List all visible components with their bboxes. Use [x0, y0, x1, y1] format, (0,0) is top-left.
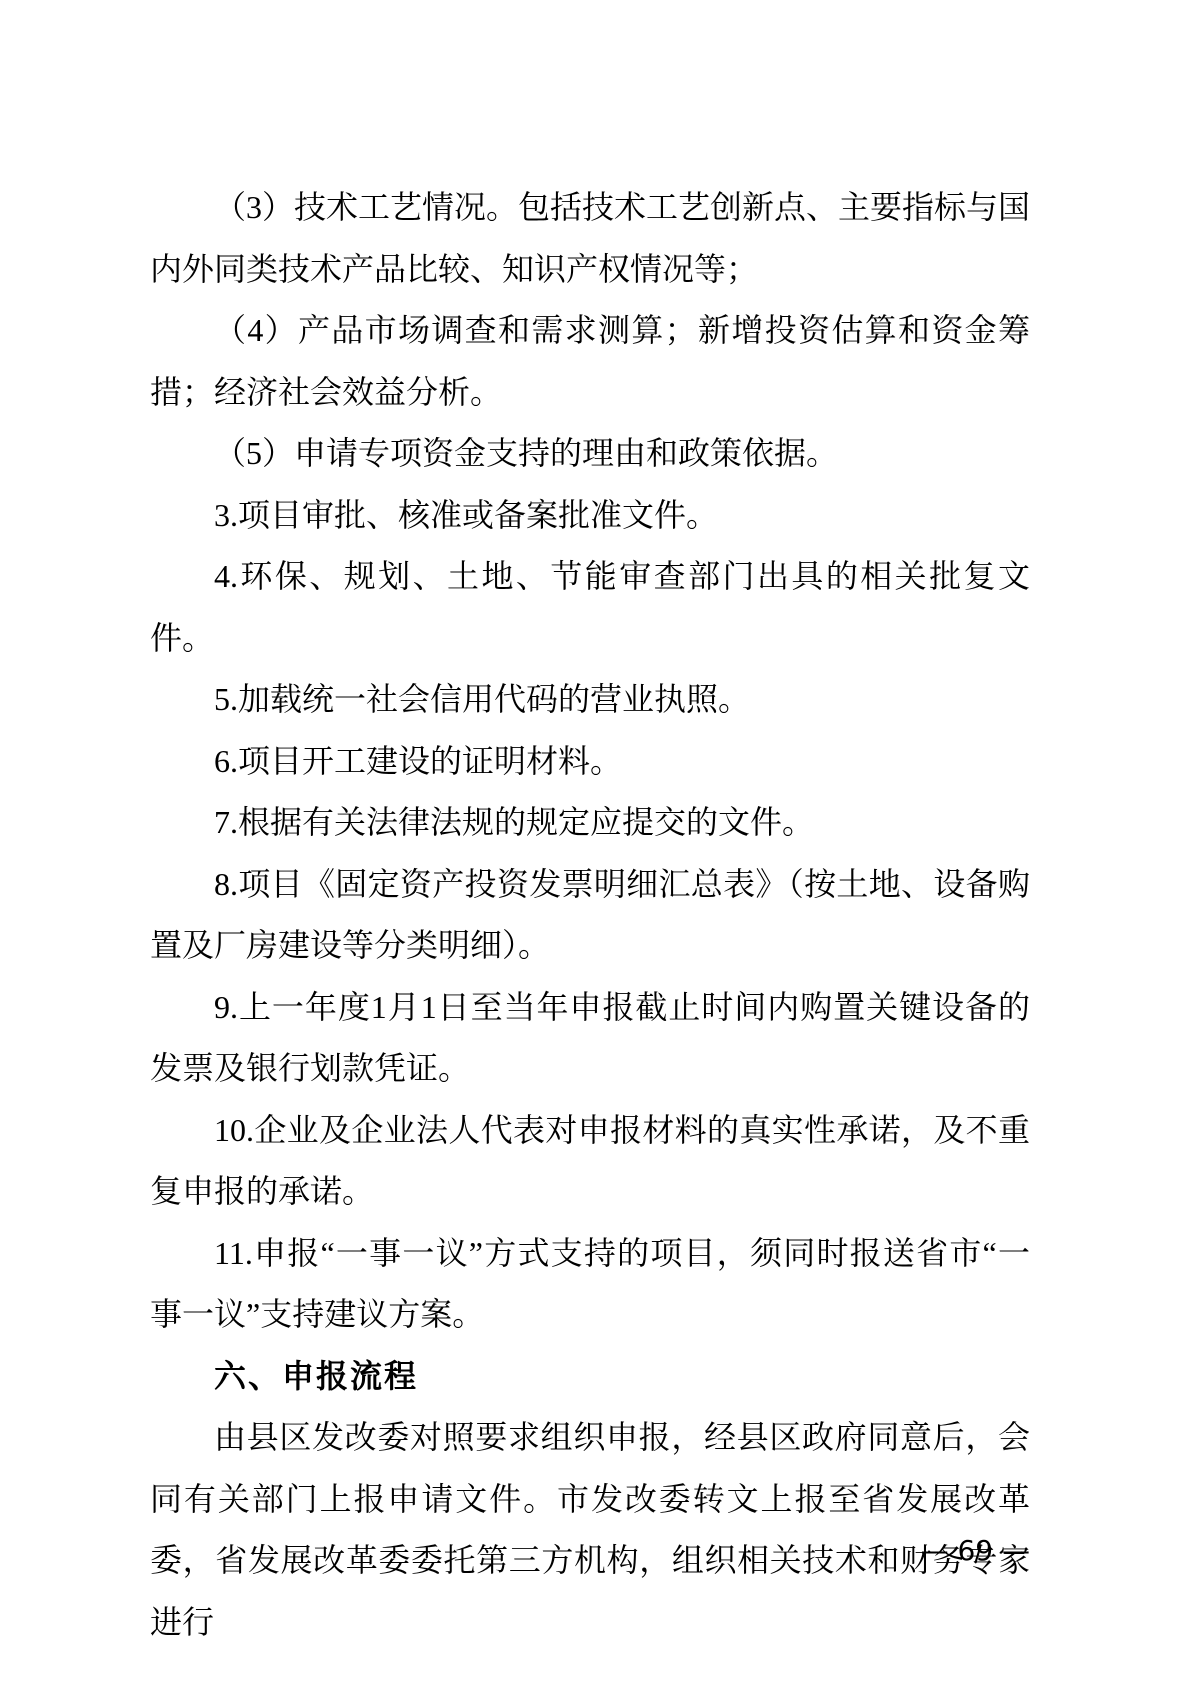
list-item-7: 7.根据有关法律法规的规定应提交的文件。 [150, 792, 1030, 854]
list-item-11: 11.申报“一事一议”方式支持的项目，须同时报送省市“一事一议”支持建议方案。 [150, 1223, 1030, 1346]
list-item-10: 10.企业及企业法人代表对申报材料的真实性承诺，及不重复申报的承诺。 [150, 1100, 1030, 1223]
document-body: （3）技术工艺情况。包括技术工艺创新点、主要指标与国内外同类技术产品比较、知识产… [150, 177, 1030, 1653]
list-item-9: 9.上一年度1月1日至当年申报截止时间内购置关键设备的发票及银行划款凭证。 [150, 977, 1030, 1100]
list-item-8: 8.项目《固定资产投资发票明细汇总表》（按土地、设备购置及厂房建设等分类明细）。 [150, 854, 1030, 977]
list-item-5: 5.加载统一社会信用代码的营业执照。 [150, 669, 1030, 731]
list-item-6: 6.项目开工建设的证明材料。 [150, 731, 1030, 793]
page-number: — 69 — [150, 1528, 1030, 1574]
paragraph: （5）申请专项资金支持的理由和政策依据。 [150, 423, 1030, 485]
paragraph: （3）技术工艺情况。包括技术工艺创新点、主要指标与国内外同类技术产品比较、知识产… [150, 177, 1030, 300]
section-heading: 六、申报流程 [150, 1346, 1030, 1408]
list-item-4: 4.环保、规划、土地、节能审查部门出具的相关批复文件。 [150, 546, 1030, 669]
document-page: （3）技术工艺情况。包括技术工艺创新点、主要指标与国内外同类技术产品比较、知识产… [0, 0, 1190, 1683]
paragraph: （4）产品市场调查和需求测算；新增投资估算和资金筹措；经济社会效益分析。 [150, 300, 1030, 423]
list-item-3: 3.项目审批、核准或备案批准文件。 [150, 485, 1030, 547]
